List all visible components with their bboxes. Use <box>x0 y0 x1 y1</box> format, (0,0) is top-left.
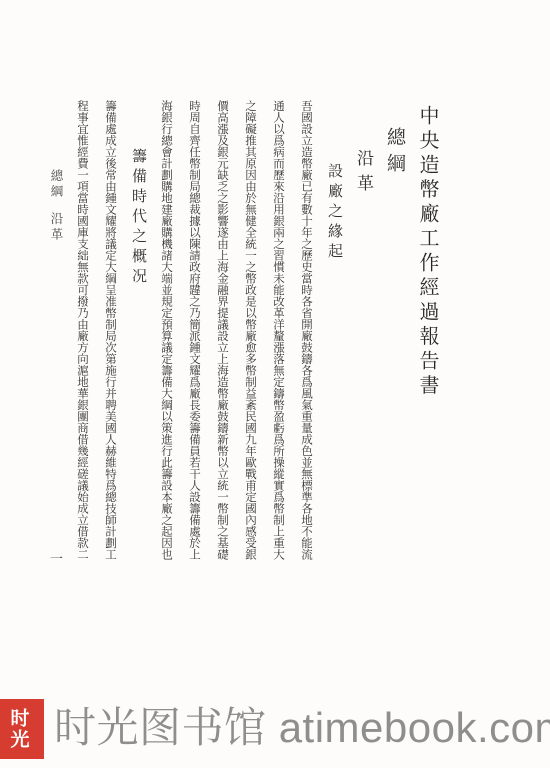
watermark-site-url: atimebook.com <box>279 704 550 751</box>
vertical-text-flow: 中央造幣廠工作經過報告書 總綱 沿革 設廠之緣起 吾國設立造幣廠已有數十年之歷史… <box>69 98 442 566</box>
chapter-heading-yange: 沿革 <box>349 98 377 566</box>
margin-label-chapter: 沿革 <box>47 212 65 243</box>
page-number: 一 <box>50 548 63 567</box>
paragraph2-column-2: 程事宜惟經費一項當時國庫支絀無款可撥乃由廠方向滬地華銀團商借幾經磋議始成立借款二 <box>69 98 97 566</box>
scanned-page: 中央造幣廠工作經過報告書 總綱 沿革 設廠之緣起 吾國設立造幣廠已有數十年之歷史… <box>0 0 550 768</box>
paragraph1-column-1: 吾國設立造幣廠已有數十年之歷史當時各省開廠鼓鑄各爲風氣重量成色並無標準各地不能流 <box>293 98 321 566</box>
paragraph1-column-4: 價高漲及銀元缺乏之影響遂由上海金融界提議設立上海造幣廠鼓鑄新幣以立統一幣制之基礎 <box>209 98 237 566</box>
paragraph1-column-3: 之障礙推其原因由於無健全統一之幣政是以幣廠愈多幣制益紊民國九年歐戰甫定國內感受銀 <box>237 98 265 566</box>
topic-heading-origin-of-mint: 設廠之緣起 <box>321 98 349 566</box>
paragraph1-column-2: 通人以爲病而歷來沿用銀兩之習慣未能改革洋釐漲落無定鑄幣盈虧爲所操縱實爲幣制上重大 <box>265 98 293 566</box>
paragraph1-column-6: 海銀行總會計劃購地建廠購機諸大端並規定預算議定籌備大綱以策進行此籌設本廠之起因也 <box>153 98 181 566</box>
watermark-text: 时光图书馆 atimebook.com <box>54 702 550 754</box>
book-title: 中央造幣廠工作經過報告書 <box>414 98 442 566</box>
section-heading-zonggang: 總綱 <box>381 98 409 566</box>
watermark-bar: 时光 时光图书馆 atimebook.com <box>0 690 550 768</box>
paragraph2-column-1: 籌備處成立後常由鍾文耀將議定大綱呈准幣制局次第施行并聘美國人赫維特爲總技師計劃工 <box>97 98 125 566</box>
margin-label-section: 總綱 <box>47 169 65 200</box>
paragraph1-column-5: 時周自齊任幣制局總裁據以陳請政府韙之乃簡派鍾文耀爲廠長委籌備員若干人設籌備處於上 <box>181 98 209 566</box>
watermark-site-name: 时光图书馆 <box>54 704 267 751</box>
book-scan-screenshot: 中央造幣廠工作經過報告書 總綱 沿革 設廠之緣起 吾國設立造幣廠已有數十年之歷史… <box>0 0 550 768</box>
atimebook-logo-text: 时光 <box>6 708 33 750</box>
topic-heading-preparation-period: 籌備時代之概况 <box>125 98 153 566</box>
atimebook-logo: 时光 <box>0 699 44 759</box>
